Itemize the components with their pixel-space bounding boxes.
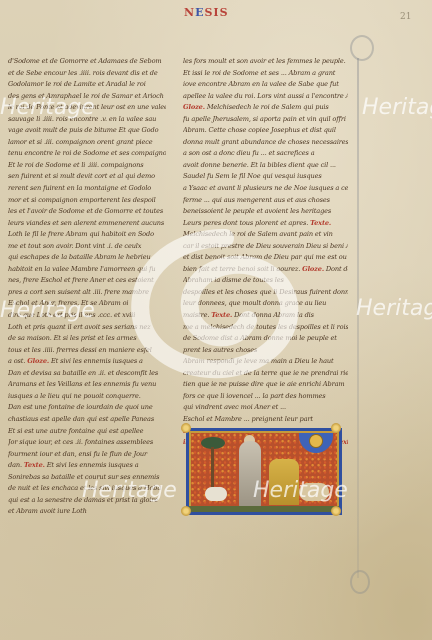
text-line: prent les autres choses (183, 345, 348, 357)
text-line: les et l'avoir de Sodome et de Gomorre e… (8, 206, 166, 218)
text-line: Leurs peres dont tous plorent et apres. … (183, 218, 348, 230)
text-line: de Sodome dist a Abram donne moi le peup… (183, 333, 348, 345)
text-line: fourment iour et dan, ensi fu le flun de… (8, 449, 166, 461)
text-line: les fors moult et son avoir et les femme… (183, 56, 348, 68)
text-line: qui vindrent avec moi Aner et ... (183, 402, 348, 414)
text-line: vage avoit mult de puis de bitume Et que… (8, 125, 166, 137)
text-line: ferme ... qui aus mengerent aus et aus c… (183, 195, 348, 207)
text-line: me a melchisedech de toutes les despoill… (183, 322, 348, 334)
text-line: donna mult grant abundance de choses nec… (183, 137, 348, 149)
text-line: fu apelle Jherusalem, si aporta pain et … (183, 114, 348, 126)
gilt-corner-boss (331, 506, 341, 516)
text-line: leur donnees, que moult donna grace au l… (183, 298, 348, 310)
ram (299, 483, 329, 501)
text-line: car il estoit prestre de Dieu souverain … (183, 241, 348, 253)
text-line: tenu encontre le roi de Sodome et ses co… (8, 148, 166, 160)
rubric: Texte. (310, 219, 331, 227)
text-line: chastiaus est apelle dan qui est apelle … (8, 414, 166, 426)
running-head-letter: N (184, 6, 195, 19)
running-head-letter: S (220, 6, 229, 19)
text-line: de sa maison. Et si les prist et les arm… (8, 333, 166, 345)
text-line: le roi de Ponte et adevinrent leur ost e… (8, 102, 166, 114)
text-line: Loth et pris quant il ert avoit ses seri… (8, 322, 166, 334)
text-line: beneissoient le peuple et avoient les he… (183, 206, 348, 218)
text-line: Et si est une autre fontaine qui est ape… (8, 426, 166, 438)
text-line: a son ost a donc dieu fu ... et sacrefic… (183, 148, 348, 160)
rubric: Gloze. (27, 357, 49, 365)
text-line: dan. Texte. Et sivi les ennemis iusques … (8, 460, 166, 472)
gilt-corner-boss (181, 423, 191, 433)
text-line: rerent sen fuirent en la montaigne et Go… (8, 183, 166, 195)
marginal-flourish-top (350, 35, 374, 61)
text-line: Abram respondi je leve ma main a Dieu le… (183, 356, 348, 368)
text-column-right: les fors moult et son avoir et les femme… (183, 56, 348, 449)
text-line: qui est a la senestre de damas et prist … (8, 495, 166, 507)
text-line: maistre. Texte. Dont donna Abram la dis (183, 310, 348, 322)
ground (189, 506, 339, 512)
text-line: de nuit et les enchaca et les sivi iusqu… (8, 483, 166, 495)
text-line: habitoit en la valee Mambre l'amorreen q… (8, 264, 166, 276)
gilt-corner-boss (181, 506, 191, 516)
rubric: Gloze. (302, 265, 324, 273)
text-line: fors ce que li iovencel ... la part des … (183, 391, 348, 403)
abraham-figure (239, 441, 261, 507)
text-line: Abram. Cette chose copiee Josephus et di… (183, 125, 348, 137)
text-line: dire que Loth ert pris il ens .ccc. et x… (8, 310, 166, 322)
text-line: pres a cort sen suisent alt .iii. frere … (8, 287, 166, 299)
text-line: Dan et devisa sa bataille en .ii. et des… (8, 368, 166, 380)
manuscript-page: NESIS 21 d'Sodome et de Gomorre et Adama… (0, 0, 432, 640)
text-line: a Ysaac et avant li plusieurs ne de Noe … (183, 183, 348, 195)
text-line: Eschol et Mambre ... preignent leur part (183, 414, 348, 426)
text-line: iusques a le lieu qui ne pouoit conquerr… (8, 391, 166, 403)
text-line: createur du ciel et de la terre que ie n… (183, 368, 348, 380)
illuminated-miniature (186, 428, 342, 515)
rubric: Texte. (24, 461, 45, 469)
text-line: Et issi le roi de Sodome et ses ... Abra… (183, 68, 348, 80)
text-line: Godolamor le roi de Lamite et Aradal le … (8, 79, 166, 91)
text-line: Eschol et Aner, freres. Et se Abram oi (8, 298, 166, 310)
text-line: mor et si compaignon emporterent les des… (8, 195, 166, 207)
text-line: me et tout son avoir. Dont vint .i. de c… (8, 241, 166, 253)
text-line: iove encontre Abram en la valee de Sabe … (183, 79, 348, 91)
rubric: Texte. (211, 311, 232, 319)
folio-number: 21 (400, 12, 411, 22)
text-line: Melchisedech le roi de Salem avant pain … (183, 229, 348, 241)
god-halo-icon (309, 434, 323, 448)
text-line: apellee la valee du roi. Lors vint aussi… (183, 91, 348, 103)
marginal-bar (357, 58, 359, 578)
text-line: Jor sique iour, et ces .ii. fontaines as… (8, 437, 166, 449)
text-line: tien que ie ne puisse dire que ie aie en… (183, 379, 348, 391)
text-line: et dist benoit soit Abram de Dieu par qu… (183, 252, 348, 264)
text-line: et de Sebe encour les .iiii. rois devant… (8, 68, 166, 80)
text-line: Abraham la disme de toutes les (183, 275, 348, 287)
rubric: Gloze. (183, 103, 205, 111)
text-line: despoilles et les choses que li Desiraus… (183, 287, 348, 299)
text-line: Loth le fil le frere Abram qui habitoit … (8, 229, 166, 241)
text-line: sen fuirent et si mult devit cort et al … (8, 171, 166, 183)
text-line: nes, frere Eschol et frere Aner et ces e… (8, 275, 166, 287)
sheep (205, 487, 227, 501)
text-line: des gens et Amraphael le roi de Samar et… (8, 91, 166, 103)
text-line: avoit donne benerie. Et la bibles dient … (183, 160, 348, 172)
text-line: sauvage li .iiii. rois encontre .v. en l… (8, 114, 166, 126)
running-head: NESIS (184, 6, 229, 19)
text-line: tous et les .iiii. frerres dessi en mani… (8, 345, 166, 357)
text-line: bien fait et terre benoi soit li aourez.… (183, 264, 348, 276)
marginal-flourish-bottom (350, 570, 370, 594)
text-line: Gloze. Melchisedech le roi de Salem qui … (183, 102, 348, 114)
text-line: lamor et si .iii. compaignon orent grant… (8, 137, 166, 149)
text-line: Sonirebas sa bataille et courut sur ses … (8, 472, 166, 484)
text-line: Aramans et les Veillans et les ennemis f… (8, 379, 166, 391)
text-line: leurs viandes et sen alerent emmenerent … (8, 218, 166, 230)
text-line: Et le roi de Sodome et li .iiii. compaig… (8, 160, 166, 172)
gilt-corner-boss (331, 423, 341, 433)
text-column-left: d'Sodome et de Gomorre et Adamaes de Seb… (8, 56, 166, 518)
altar (269, 459, 299, 505)
watermark-text: Heritage (362, 95, 432, 120)
text-line: a ost. Gloze. Et sivi les ennemis iusque… (8, 356, 166, 368)
text-line: Saudel fu Sem le fil Noe qui vesqui iusq… (183, 171, 348, 183)
watermark-text: Heritage (356, 296, 432, 321)
text-line: Dan est une fontaine de iourdain de quoi… (8, 402, 166, 414)
text-line: d'Sodome et de Gomorre et Adamaes de Seb… (8, 56, 166, 68)
text-line: qui eschapes de la bataille Abram le heb… (8, 252, 166, 264)
text-line: et Abram avoit iure Loth (8, 506, 166, 518)
